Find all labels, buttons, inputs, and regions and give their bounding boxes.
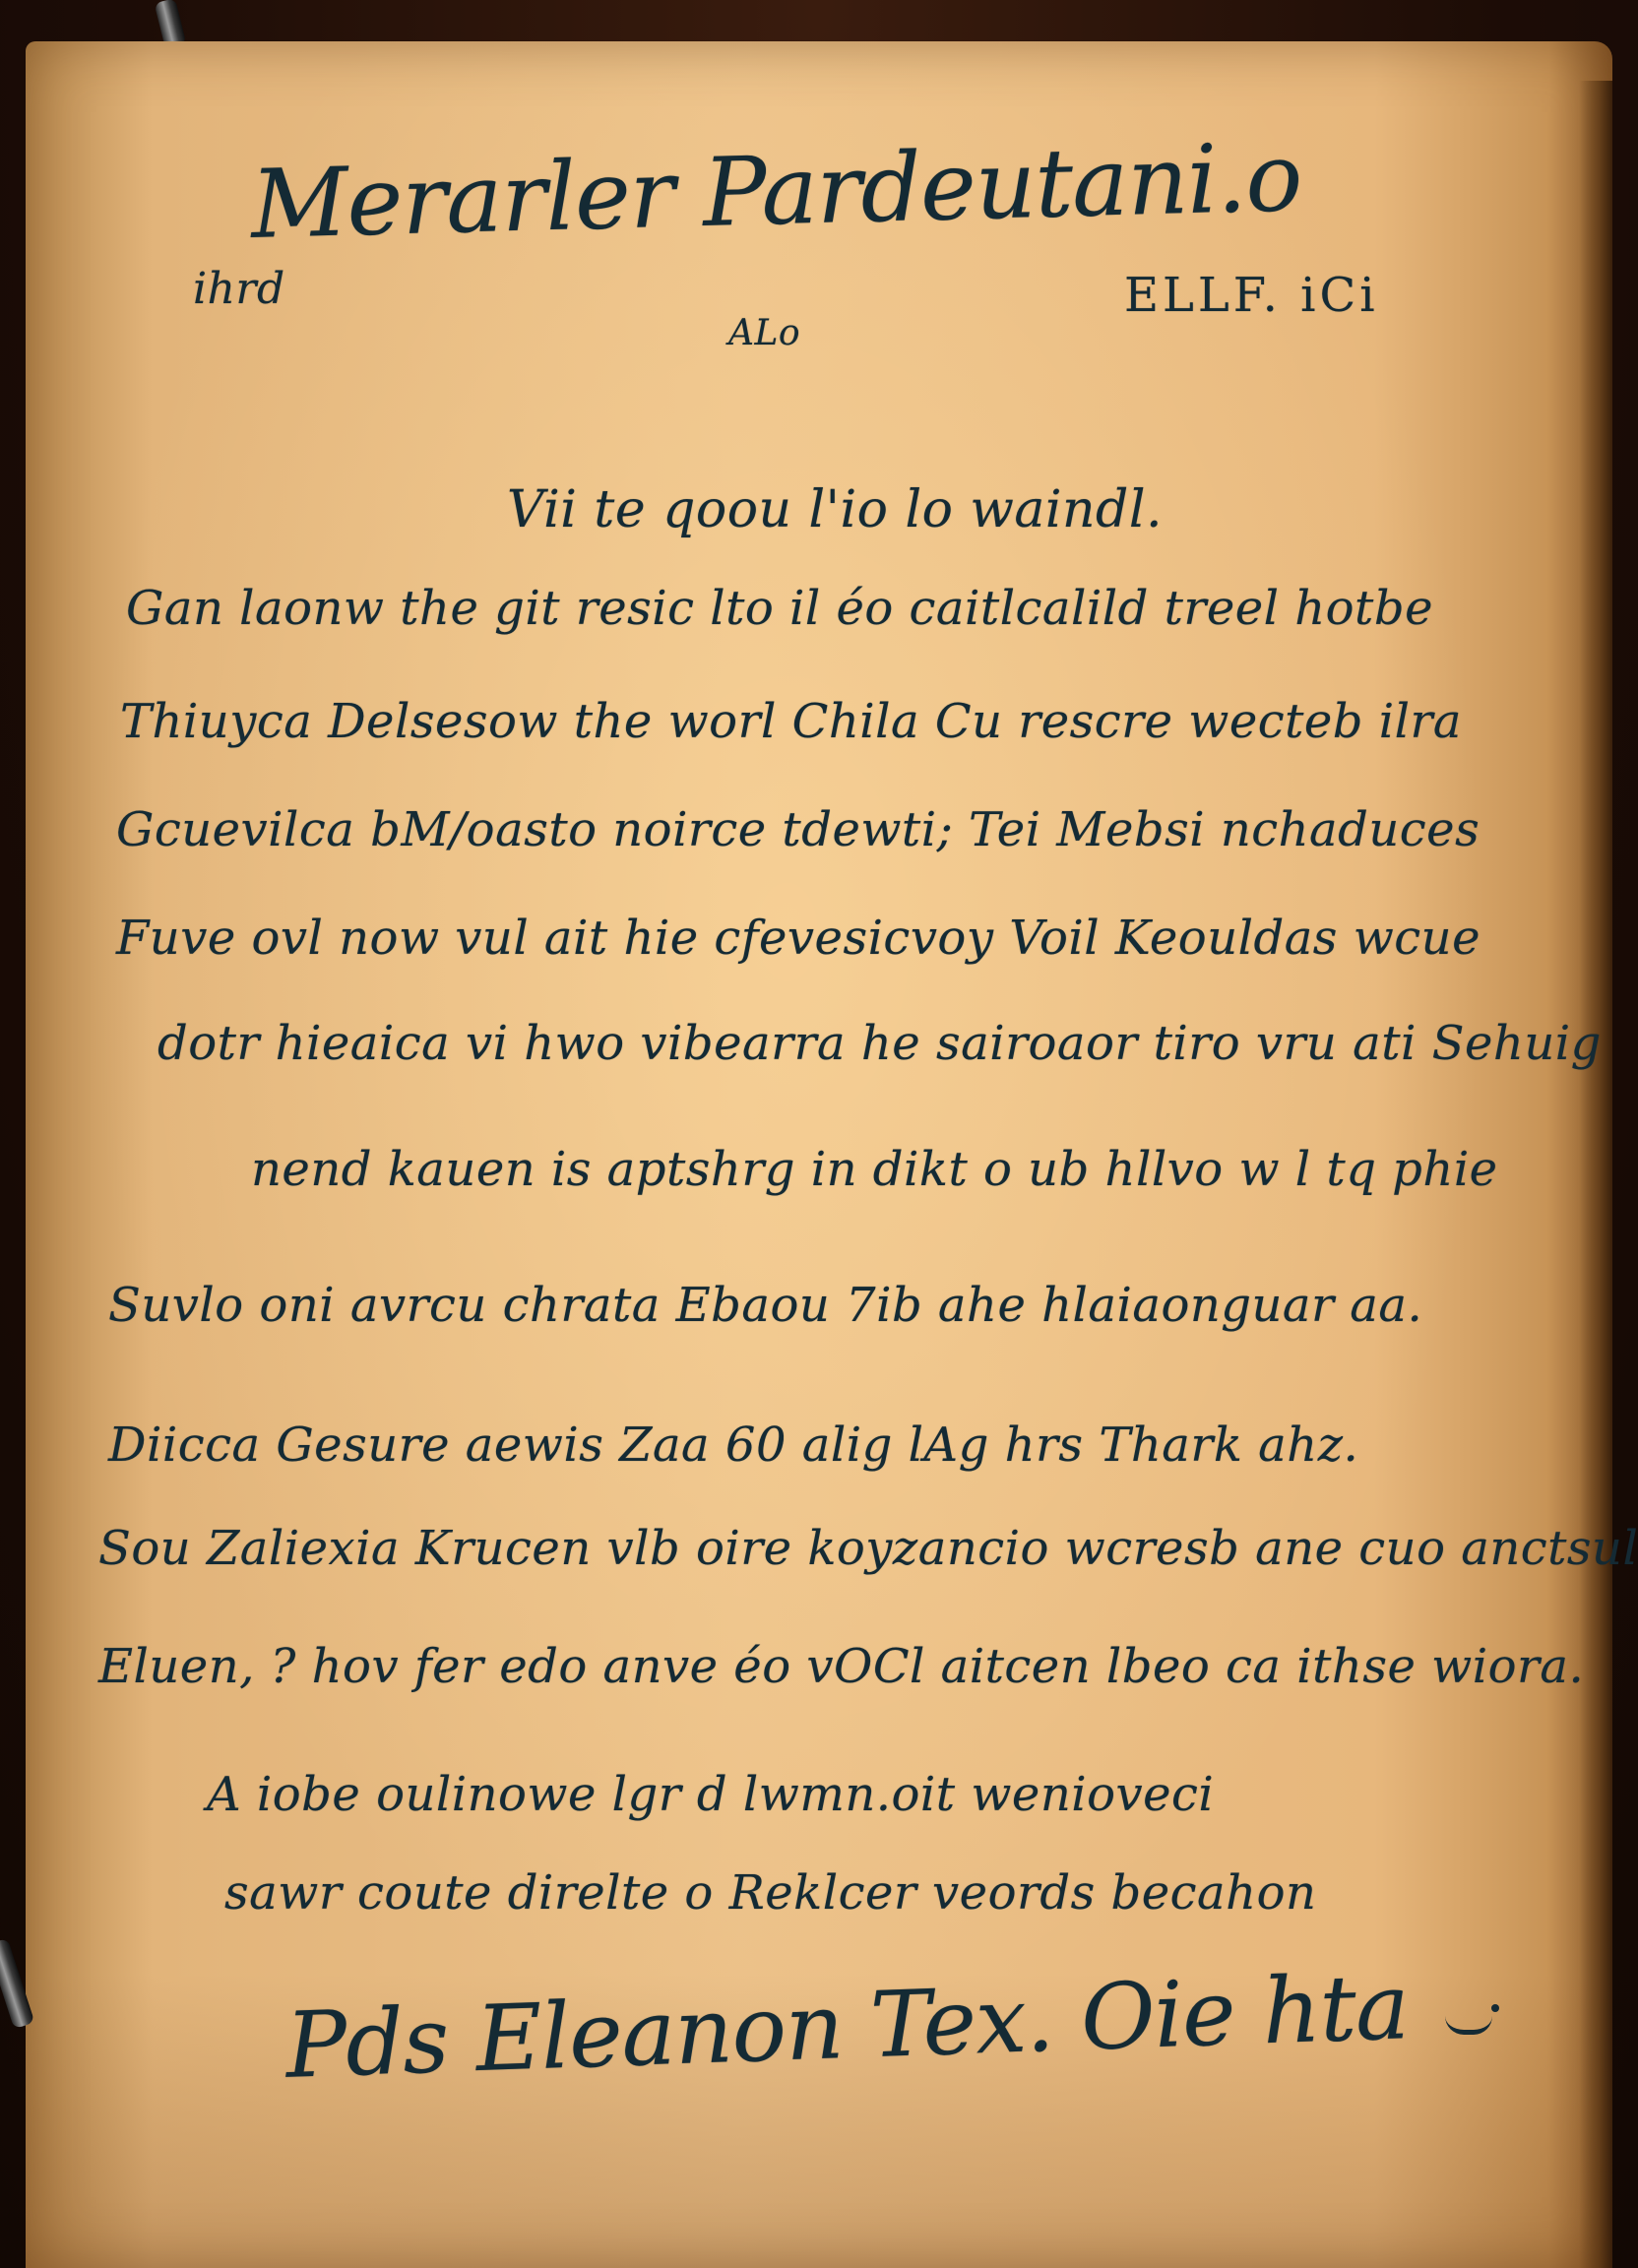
text-line: Eluen, ? hov fer edo anve éo vOCl aitcen… — [98, 1639, 1584, 1694]
manuscript-heading: Vii te qoou l'io lo waindl. — [507, 480, 1163, 539]
text-line: Sou Zaliexia Krucen vlb oire koyzancio w… — [98, 1521, 1638, 1576]
margin-note-right: ELLF. iCi — [1124, 268, 1379, 323]
margin-note-left: ihrd — [193, 264, 285, 314]
text-line: Gan laonw the git resic lto il éo caitlc… — [126, 581, 1433, 636]
text-line: Thiuyca Delsesow the worl Chila Cu rescr… — [120, 694, 1462, 749]
center-mark: ALo — [728, 313, 800, 353]
text-line: Suvlo oni avrcu chrata Ebaou 7ib ahe hla… — [108, 1278, 1422, 1333]
text-line: Gcuevilca bM/oasto noirce tdewti; Tei Me… — [116, 802, 1480, 857]
text-line: A iobe oulinowe lgr d lwmn.oit wenioveci — [207, 1767, 1214, 1822]
text-line: nend kauen is aptshrg in dikt o ub hllvo… — [251, 1142, 1498, 1197]
signature-flourish-dot — [1491, 2004, 1499, 2012]
text-line: sawr coute direlte o Reklcer veords beca… — [224, 1865, 1316, 1921]
text-line: Fuve ovl now vul ait hie cfevesicvoy Voi… — [116, 911, 1480, 966]
text-line: Diicca Gesure aewis Zaa 60 alig lAg hrs … — [108, 1417, 1358, 1473]
text-line: dotr hieaica vi hwo vibearra he sairoaor… — [157, 1016, 1602, 1071]
page-edge-shadow — [1579, 81, 1612, 2268]
